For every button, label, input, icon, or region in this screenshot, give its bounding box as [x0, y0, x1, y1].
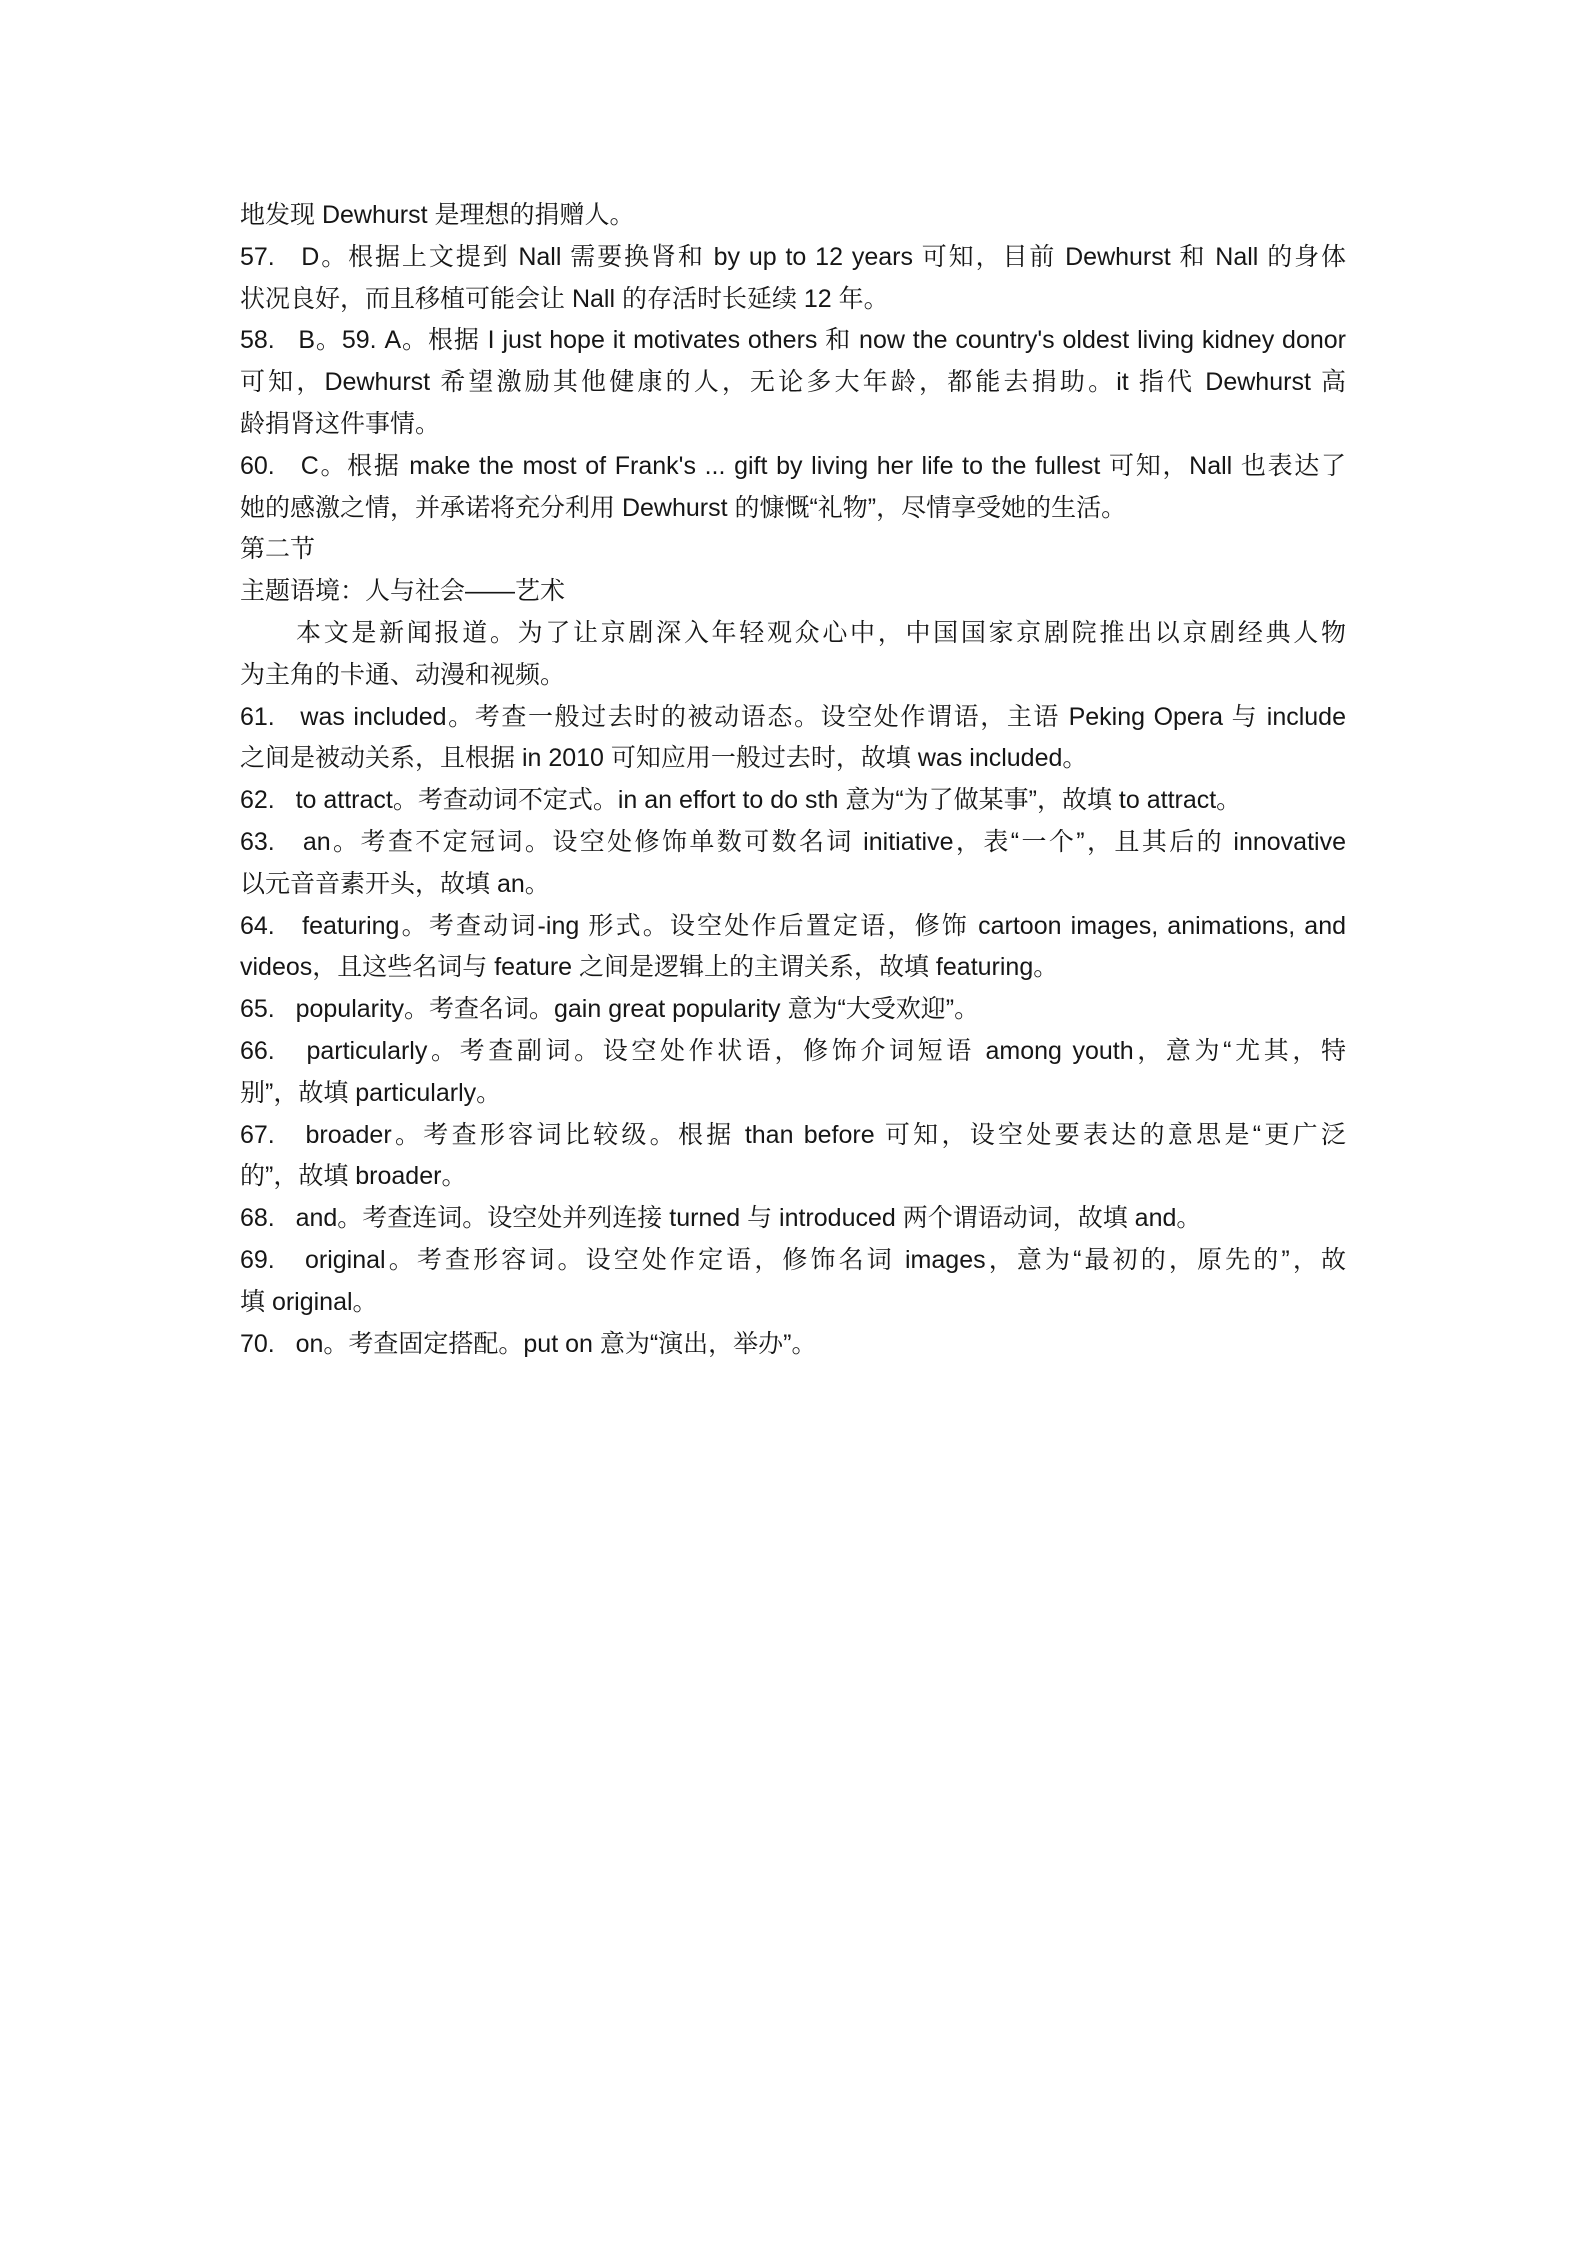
text-line: 62. to attract。考查动词不定式。in an effort to d…: [240, 780, 1346, 822]
line-text: 65. popularity。考查名词。gain great popularit…: [240, 995, 979, 1023]
text-line: 64. featuring。考查动词-ing 形式。设空处作后置定语，修饰 ca…: [240, 906, 1346, 948]
text-line: 57. D。根据上文提到 Nall 需要换肾和 by up to 12 year…: [240, 237, 1346, 279]
line-text: 第二节: [240, 535, 315, 563]
text-line: 61. was included。考查一般过去时的被动语态。设空处作谓语，主语 …: [240, 697, 1346, 739]
text-line: 为主角的卡通、动漫和视频。: [240, 655, 1346, 697]
document-lines: 地发现 Dewhurst 是理想的捐赠人。57. D。根据上文提到 Nall 需…: [240, 195, 1346, 1365]
text-line: 第二节: [240, 529, 1346, 571]
text-line: 龄捐肾这件事情。: [240, 404, 1346, 446]
text-line: 以元音音素开头，故填 an。: [240, 864, 1346, 906]
line-text: 她的感激之情，并承诺将充分利用 Dewhurst 的慷慨“礼物”，尽情享受她的生…: [240, 494, 1126, 522]
text-line: 60. C。根据 make the most of Frank's ... gi…: [240, 446, 1346, 488]
line-text: 龄捐肾这件事情。: [240, 410, 440, 438]
line-text: 别”，故填 particularly。: [240, 1079, 501, 1107]
text-line: 状况良好，而且移植可能会让 Nall 的存活时长延续 12 年。: [240, 279, 1346, 321]
text-line: videos，且这些名词与 feature 之间是逻辑上的主谓关系，故填 fea…: [240, 947, 1346, 989]
line-text: 66. particularly。考查副词。设空处作状语，修饰介词短语 amon…: [240, 1037, 1346, 1065]
line-text: 的”，故填 broader。: [240, 1162, 466, 1190]
text-line: 可知，Dewhurst 希望激励其他健康的人，无论多大年龄，都能去捐助。it 指…: [240, 362, 1346, 404]
text-line: 66. particularly。考查副词。设空处作状语，修饰介词短语 amon…: [240, 1031, 1346, 1073]
text-line: 65. popularity。考查名词。gain great popularit…: [240, 989, 1346, 1031]
line-text: videos，且这些名词与 feature 之间是逻辑上的主谓关系，故填 fea…: [240, 953, 1058, 981]
line-text: 主题语境：人与社会——艺术: [240, 577, 565, 605]
line-text: 57. D。根据上文提到 Nall 需要换肾和 by up to 12 year…: [240, 243, 1346, 271]
line-text: 70. on。考查固定搭配。put on 意为“演出，举办”。: [240, 1330, 817, 1358]
line-text: 本文是新闻报道。为了让京剧深入年轻观众心中，中国国家京剧院推出以京剧经典人物: [296, 619, 1346, 647]
text-line: 63. an。考查不定冠词。设空处修饰单数可数名词 initiative，表“一…: [240, 822, 1346, 864]
line-text: 为主角的卡通、动漫和视频。: [240, 661, 565, 689]
line-text: 地发现 Dewhurst 是理想的捐赠人。: [240, 201, 634, 229]
text-line: 别”，故填 particularly。: [240, 1073, 1346, 1115]
text-line: 的”，故填 broader。: [240, 1156, 1346, 1198]
text-line: 本文是新闻报道。为了让京剧深入年轻观众心中，中国国家京剧院推出以京剧经典人物: [240, 613, 1346, 655]
text-line: 她的感激之情，并承诺将充分利用 Dewhurst 的慷慨“礼物”，尽情享受她的生…: [240, 488, 1346, 530]
text-line: 之间是被动关系，且根据 in 2010 可知应用一般过去时，故填 was inc…: [240, 738, 1346, 780]
line-text: 58. B。59. A。根据 I just hope it motivates …: [240, 326, 1346, 354]
text-line: 67. broader。考查形容词比较级。根据 than before 可知，设…: [240, 1115, 1346, 1157]
line-text: 61. was included。考查一般过去时的被动语态。设空处作谓语，主语 …: [240, 703, 1346, 731]
text-line: 68. and。考查连词。设空处并列连接 turned 与 introduced…: [240, 1198, 1346, 1240]
line-text: 60. C。根据 make the most of Frank's ... gi…: [240, 452, 1346, 480]
text-line: 69. original。考查形容词。设空处作定语，修饰名词 images，意为…: [240, 1240, 1346, 1282]
text-line: 填 original。: [240, 1282, 1346, 1324]
line-text: 状况良好，而且移植可能会让 Nall 的存活时长延续 12 年。: [240, 285, 889, 313]
text-line: 70. on。考查固定搭配。put on 意为“演出，举办”。: [240, 1324, 1346, 1366]
line-text: 63. an。考查不定冠词。设空处修饰单数可数名词 initiative，表“一…: [240, 828, 1346, 856]
line-text: 以元音音素开头，故填 an。: [240, 870, 550, 898]
document-page: 地发现 Dewhurst 是理想的捐赠人。57. D。根据上文提到 Nall 需…: [0, 0, 1587, 2245]
line-text: 67. broader。考查形容词比较级。根据 than before 可知，设…: [240, 1121, 1346, 1149]
line-text: 62. to attract。考查动词不定式。in an effort to d…: [240, 786, 1241, 814]
line-text: 之间是被动关系，且根据 in 2010 可知应用一般过去时，故填 was inc…: [240, 744, 1087, 772]
text-line: 58. B。59. A。根据 I just hope it motivates …: [240, 320, 1346, 362]
text-line: 地发现 Dewhurst 是理想的捐赠人。: [240, 195, 1346, 237]
line-text: 填 original。: [240, 1288, 378, 1316]
line-text: 68. and。考查连词。设空处并列连接 turned 与 introduced…: [240, 1204, 1201, 1232]
line-text: 64. featuring。考查动词-ing 形式。设空处作后置定语，修饰 ca…: [240, 912, 1346, 940]
line-text: 69. original。考查形容词。设空处作定语，修饰名词 images，意为…: [240, 1246, 1346, 1274]
text-line: 主题语境：人与社会——艺术: [240, 571, 1346, 613]
line-text: 可知，Dewhurst 希望激励其他健康的人，无论多大年龄，都能去捐助。it 指…: [240, 368, 1346, 396]
